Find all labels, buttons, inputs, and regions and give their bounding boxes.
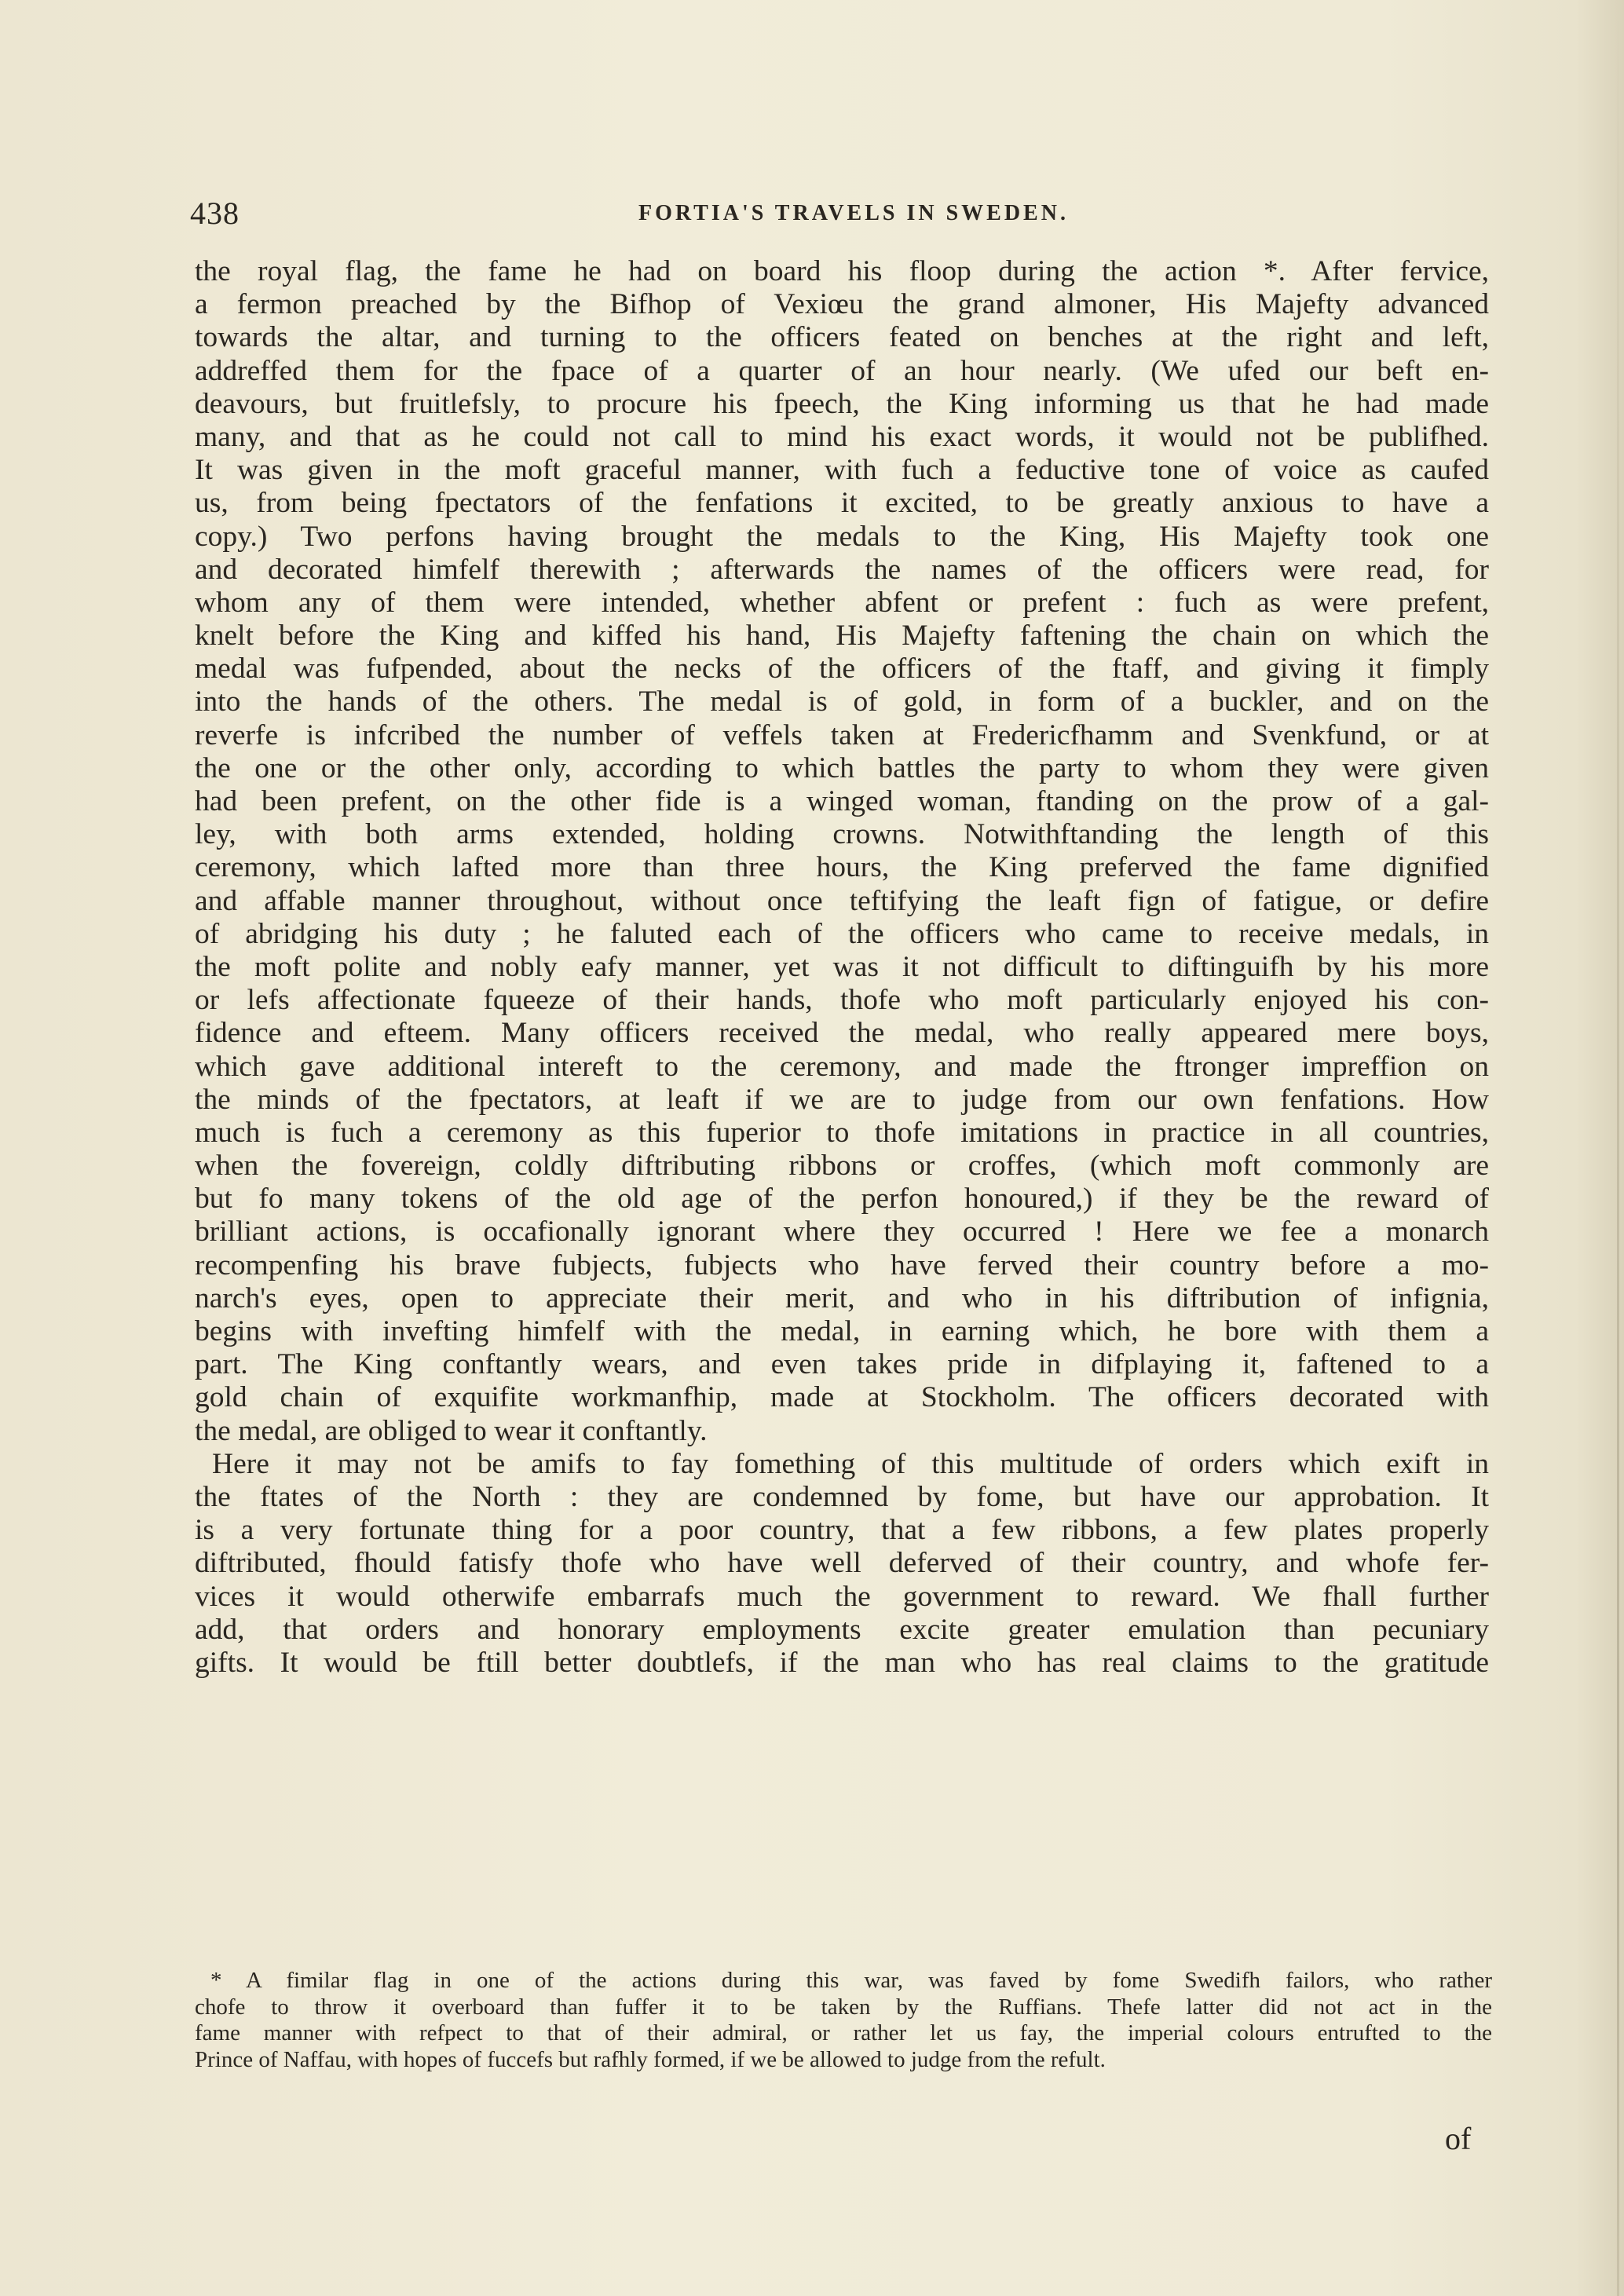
body-text: the royal flag, the fame he had on board…	[195, 255, 1489, 1680]
text-line: much is fuch a ceremony as this fuperior…	[195, 1117, 1489, 1150]
text-line: addreffed them for the fpace of a quarte…	[195, 355, 1489, 388]
text-line: It was given in the moft graceful manner…	[195, 454, 1489, 487]
text-line: the minds of the fpectators, at leaft if…	[195, 1084, 1489, 1117]
text-line: narch's eyes, open to appreciate their m…	[195, 1282, 1489, 1315]
text-line: is a very fortunate thing for a poor cou…	[195, 1514, 1489, 1547]
text-line: and decorated himfelf therewith ; afterw…	[195, 554, 1489, 587]
text-line: towards the altar, and turning to the of…	[195, 321, 1489, 354]
text-line: us, from being fpectators of the fenfati…	[195, 487, 1489, 520]
page-header: 438 Fortia's Travels in Sweden.	[190, 195, 1486, 239]
text-line: the ftates of the North : they are conde…	[195, 1481, 1489, 1514]
text-line: of abridging his duty ; he faluted each …	[195, 918, 1489, 951]
text-line: the one or the other only, according to …	[195, 752, 1489, 785]
text-line: diftributed, fhould fatisfy thofe who ha…	[195, 1547, 1489, 1580]
footnote-line: fame manner with refpect to that of thei…	[195, 2020, 1492, 2047]
footnote-line: * A fimilar flag in one of the actions d…	[195, 1968, 1492, 1994]
text-line: fidence and efteem. Many officers receiv…	[195, 1017, 1489, 1050]
text-line: brilliant actions, is occafionally ignor…	[195, 1216, 1489, 1249]
text-line: part. The King conftantly wears, and eve…	[195, 1348, 1489, 1381]
text-line: and affable manner throughout, without o…	[195, 885, 1489, 918]
text-line: many, and that as he could not call to m…	[195, 421, 1489, 454]
book-page: 438 Fortia's Travels in Sweden. the roya…	[0, 0, 1624, 2296]
text-line: gold chain of exquifite workmanfhip, mad…	[195, 1381, 1489, 1414]
running-title: Fortia's Travels in Sweden.	[190, 201, 1486, 226]
text-line: add, that orders and honorary employment…	[195, 1614, 1489, 1647]
text-line: which gave additional intereft to the ce…	[195, 1051, 1489, 1084]
footnote: * A fimilar flag in one of the actions d…	[195, 1968, 1492, 2073]
text-line: whom any of them were intended, whether …	[195, 587, 1489, 620]
text-line: had been prefent, on the other fide is a…	[195, 785, 1489, 818]
text-line: deavours, but fruitlefsly, to procure hi…	[195, 388, 1489, 421]
paragraph-start-line: Here it may not be amifs to fay fomethin…	[195, 1448, 1489, 1481]
paragraph-end-line: the medal, are obliged to wear it confta…	[195, 1415, 1489, 1448]
footnote-line: Prince of Naffau, with hopes of fuccefs …	[195, 2047, 1492, 2074]
text-line: medal was fufpended, about the necks of …	[195, 653, 1489, 686]
text-line: recompenfing his brave fubjects, fubject…	[195, 1249, 1489, 1282]
text-line: a fermon preached by the Bifhop of Vexiœ…	[195, 288, 1489, 321]
text-line: copy.) Two perfons having brought the me…	[195, 521, 1489, 554]
text-line: ley, with both arms extended, holding cr…	[195, 818, 1489, 851]
text-line: the moft polite and nobly eafy manner, y…	[195, 951, 1489, 984]
text-line: into the hands of the others. The medal …	[195, 686, 1489, 718]
catchword: of	[1445, 2120, 1471, 2157]
text-line: reverfe is infcribed the number of veffe…	[195, 719, 1489, 752]
footnote-line: chofe to throw it overboard than fuffer …	[195, 1994, 1492, 2021]
text-line: but fo many tokens of the old age of the…	[195, 1183, 1489, 1216]
text-line: the royal flag, the fame he had on board…	[195, 255, 1489, 288]
text-line: when the fovereign, coldly diftributing …	[195, 1150, 1489, 1183]
text-line: ceremony, which lafted more than three h…	[195, 851, 1489, 884]
text-line: gifts. It would be ftill better doubtlef…	[195, 1647, 1489, 1680]
text-line: or lefs affectionate fqueeze of their ha…	[195, 984, 1489, 1017]
text-line: vices it would otherwife embarrafs much …	[195, 1581, 1489, 1614]
text-line: knelt before the King and kiffed his han…	[195, 620, 1489, 653]
text-line: begins with invefting himfelf with the m…	[195, 1315, 1489, 1348]
